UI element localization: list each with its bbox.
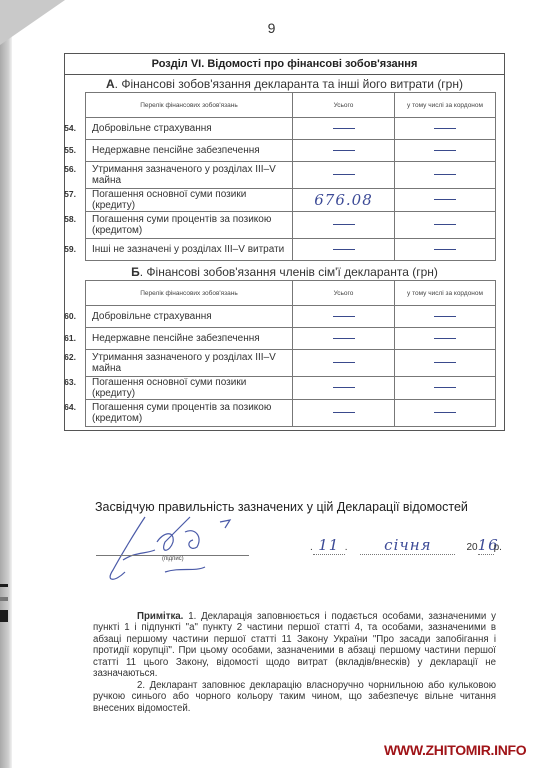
empty-dash-icon <box>434 338 456 339</box>
total-cell <box>293 212 395 239</box>
total-cell <box>293 350 395 377</box>
empty-dash-icon <box>333 150 355 151</box>
note-2: 2. Декларант заповнює декларацію власнор… <box>93 680 496 714</box>
total-cell <box>293 400 395 427</box>
empty-dash-icon <box>434 412 456 413</box>
empty-dash-icon <box>434 128 456 129</box>
date-month: січня <box>360 536 455 555</box>
note-label: Примітка. <box>137 611 183 622</box>
column-header-total: Усього <box>293 281 395 306</box>
abroad-cell <box>395 328 496 350</box>
empty-dash-icon <box>434 362 456 363</box>
empty-dash-icon <box>333 224 355 225</box>
table-row: 58.Погашення суми процентів за позикою (… <box>86 212 496 239</box>
empty-dash-icon <box>434 387 456 388</box>
section-vi-box: Розділ VI. Відомості про фінансові зобов… <box>64 53 505 431</box>
empty-dash-icon <box>333 362 355 363</box>
empty-dash-icon <box>333 174 355 175</box>
empty-dash-icon <box>434 224 456 225</box>
abroad-cell <box>395 239 496 261</box>
row-number: 56. <box>56 164 76 175</box>
row-number: 60. <box>56 311 76 322</box>
abroad-cell <box>395 377 496 400</box>
handwritten-value: 676.08 <box>314 191 373 209</box>
year-suffix: 16 <box>478 536 494 555</box>
total-cell <box>293 306 395 328</box>
table-row: 54.Добровільне страхування <box>86 118 496 140</box>
empty-dash-icon <box>333 338 355 339</box>
abroad-cell <box>395 306 496 328</box>
empty-dash-icon <box>333 316 355 317</box>
row-label: Добровільне страхування <box>92 123 212 134</box>
row-number: 63. <box>56 377 76 388</box>
part-b-title: Б. Фінансові зобов'язання членів сім'ї д… <box>65 265 504 279</box>
column-header-abroad: у тому числі за кордоном <box>395 93 496 118</box>
row-label: Недержавне пенсійне забезпечення <box>92 333 260 344</box>
part-b-table: Перелік фінансових зобов'язань Усього у … <box>85 280 496 427</box>
abroad-cell <box>395 118 496 140</box>
section-title: Розділ VI. Відомості про фінансові зобов… <box>65 54 504 75</box>
abroad-cell <box>395 140 496 162</box>
row-label: Погашення суми процентів за позикою (кре… <box>92 402 271 424</box>
watermark: WWW.ZHITOMIR.INFO <box>384 742 526 758</box>
empty-dash-icon <box>333 249 355 250</box>
part-a-title: А. Фінансові зобов'язання декларанта та … <box>65 77 504 91</box>
empty-dash-icon <box>434 150 456 151</box>
empty-dash-icon <box>434 249 456 250</box>
table-row: 61.Недержавне пенсійне забезпечення <box>86 328 496 350</box>
row-label: Утримання зазначеного у розділах III–V м… <box>92 352 276 374</box>
year-prefix: 20 <box>466 542 477 553</box>
column-header-list: Перелік фінансових зобов'язань <box>86 93 293 118</box>
row-number: 64. <box>56 402 76 413</box>
scan-artifact <box>0 610 8 622</box>
table-row: 56.Утримання зазначеного у розділах III–… <box>86 162 496 189</box>
page-number: 9 <box>0 20 543 36</box>
scan-artifact <box>0 584 8 587</box>
row-label: Недержавне пенсійне забезпечення <box>92 145 260 156</box>
part-a-table: Перелік фінансових зобов'язань Усього у … <box>85 92 496 261</box>
column-header-list: Перелік фінансових зобов'язань <box>86 281 293 306</box>
abroad-cell <box>395 162 496 189</box>
total-cell <box>293 328 395 350</box>
note-1: Примітка. 1. Декларація заповнюється і п… <box>93 611 496 679</box>
date-field: .11. січня 2016р. <box>310 536 502 555</box>
table-row: 62.Утримання зазначеного у розділах III–… <box>86 350 496 377</box>
table-row: 60.Добровільне страхування <box>86 306 496 328</box>
row-number: 59. <box>56 244 76 255</box>
date-day: 11 <box>313 536 345 555</box>
total-cell <box>293 377 395 400</box>
year-unit: р. <box>494 542 502 553</box>
empty-dash-icon <box>333 412 355 413</box>
empty-dash-icon <box>333 387 355 388</box>
table-row: 63.Погашення основної суми позики (креди… <box>86 377 496 400</box>
row-number: 57. <box>56 189 76 200</box>
row-label: Погашення суми процентів за позикою (кре… <box>92 214 271 236</box>
abroad-cell <box>395 189 496 212</box>
table-row: 64.Погашення суми процентів за позикою (… <box>86 400 496 427</box>
signature-caption: (підпис) <box>162 556 184 562</box>
row-number: 54. <box>56 123 76 134</box>
row-label: Інші не зазначені у розділах III–V витра… <box>92 244 284 255</box>
empty-dash-icon <box>333 128 355 129</box>
total-cell: 676.08 <box>293 189 395 212</box>
total-cell <box>293 162 395 189</box>
row-number: 58. <box>56 214 76 225</box>
total-cell <box>293 118 395 140</box>
abroad-cell <box>395 212 496 239</box>
column-header-total: Усього <box>293 93 395 118</box>
scan-shadow <box>0 0 12 768</box>
total-cell <box>293 239 395 261</box>
scan-artifact <box>0 597 8 601</box>
abroad-cell <box>395 350 496 377</box>
row-number: 61. <box>56 333 76 344</box>
table-row: 59.Інші не зазначені у розділах III–V ви… <box>86 239 496 261</box>
total-cell <box>293 140 395 162</box>
row-label: Погашення основної суми позики (кредиту) <box>92 189 246 211</box>
row-label: Погашення основної суми позики (кредиту) <box>92 377 246 399</box>
empty-dash-icon <box>434 174 456 175</box>
abroad-cell <box>395 400 496 427</box>
signature-icon <box>85 512 255 587</box>
row-label: Добровільне страхування <box>92 311 212 322</box>
row-number: 62. <box>56 352 76 363</box>
table-row: 57.Погашення основної суми позики (креди… <box>86 189 496 212</box>
empty-dash-icon <box>434 316 456 317</box>
empty-dash-icon <box>434 199 456 200</box>
column-header-abroad: у тому числі за кордоном <box>395 281 496 306</box>
row-number: 55. <box>56 145 76 156</box>
row-label: Утримання зазначеного у розділах III–V м… <box>92 164 276 186</box>
table-row: 55.Недержавне пенсійне забезпечення <box>86 140 496 162</box>
